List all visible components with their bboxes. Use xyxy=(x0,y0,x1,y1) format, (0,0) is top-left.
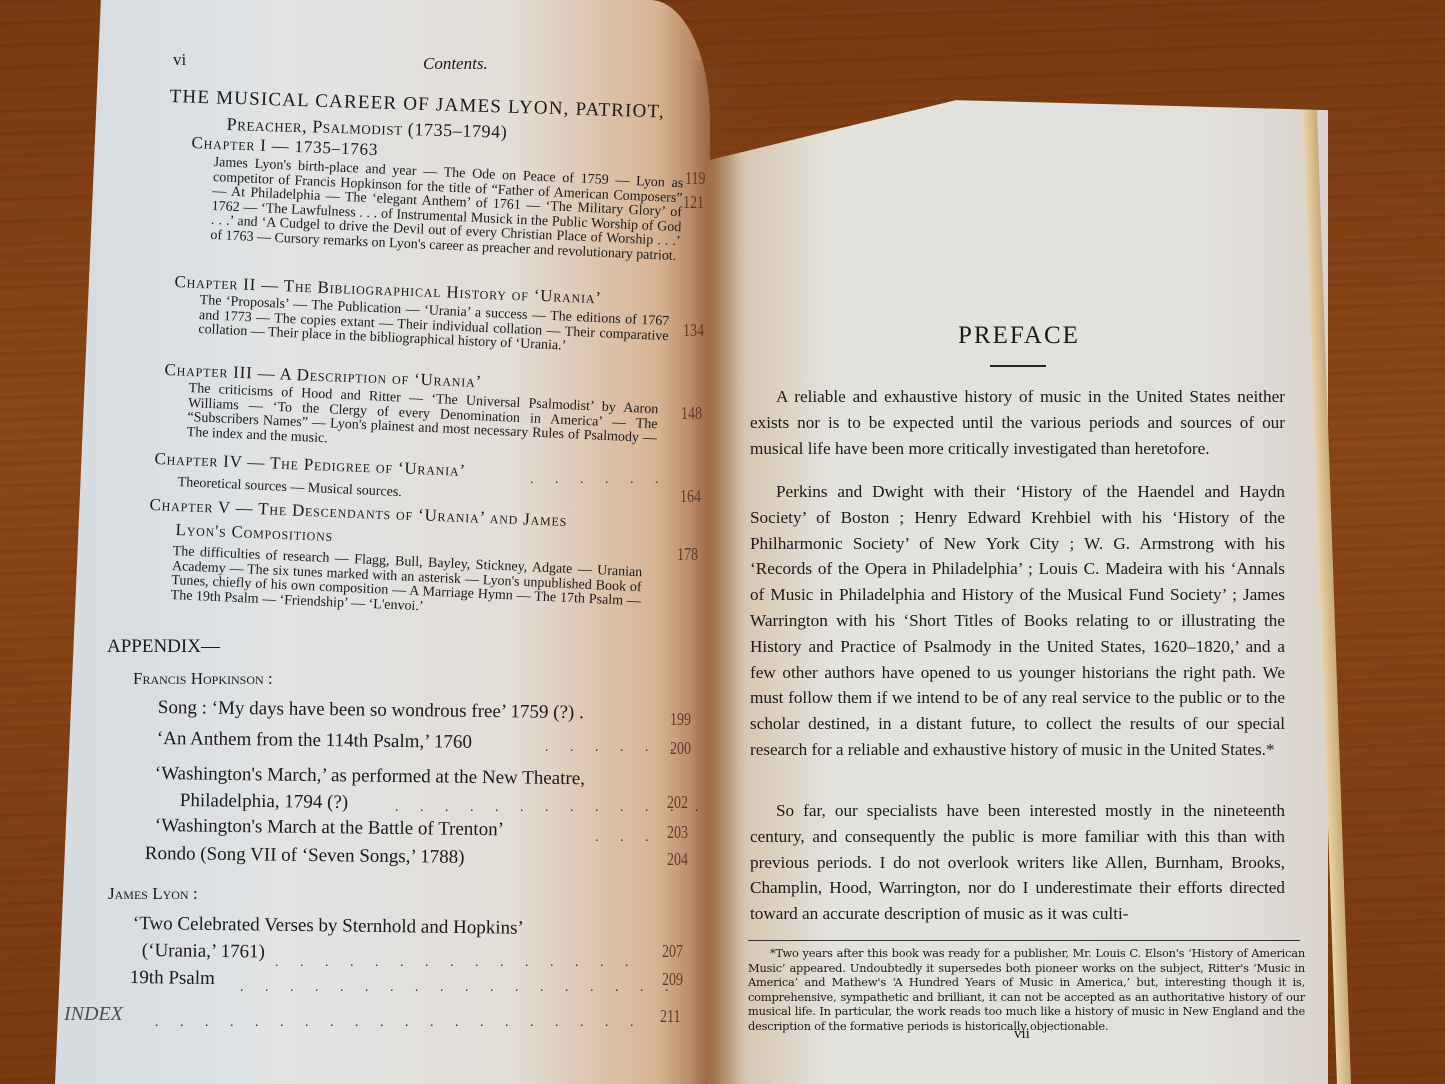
toc-leader-dots: . . . . . . . . . . . . . xyxy=(395,800,708,816)
heading-rule xyxy=(990,365,1046,367)
appendix-entry-cont: Philadelphia, 1794 (?) xyxy=(180,790,349,814)
appendix-entry: ‘Washington's March at the Battle of Tre… xyxy=(155,815,504,841)
appendix-section-lyon: James Lyon : xyxy=(108,884,198,904)
appendix-entry-page: 200 xyxy=(670,740,691,760)
toc-leader-dots: . . . . . . xyxy=(530,472,668,488)
index-heading: INDEX xyxy=(64,1003,123,1026)
toc-leader-dots: . . . . . . . . . . . . . . . . . . . . xyxy=(155,1015,643,1031)
toc-chapter-1-page: 119 xyxy=(685,170,705,190)
appendix-entry: 19th Psalm xyxy=(130,967,215,990)
appendix-heading: APPENDIX— xyxy=(107,636,220,658)
toc-leader-dots: . . . xyxy=(595,830,658,846)
toc-chapter-3-page: 148 xyxy=(681,405,702,425)
toc-chapter-4-page: 164 xyxy=(680,488,701,508)
toc-leader-dots: . . . . . . . . . . . . . . . xyxy=(275,955,638,971)
toc-chapter-5-page: 178 xyxy=(677,546,698,566)
toc-chapter-2-page: 134 xyxy=(683,322,704,342)
appendix-entry-cont: (‘Urania,’ 1761) xyxy=(142,940,265,964)
preface-paragraph-1: A reliable and exhaustive history of mus… xyxy=(750,384,1285,461)
index-page: 211 xyxy=(660,1008,680,1028)
appendix-entry-page: 203 xyxy=(667,824,688,844)
footnote-rule xyxy=(748,940,1300,941)
appendix-entry: Rondo (Song VII of ‘Seven Songs,’ 1788) xyxy=(145,843,465,869)
appendix-entry-page: 202 xyxy=(667,794,688,814)
preface-footnote: *Two years after this book was ready for… xyxy=(748,946,1305,1034)
appendix-entry-page: 199 xyxy=(670,711,691,731)
left-page-number: vi xyxy=(173,50,186,70)
appendix-entry-page: 207 xyxy=(662,943,683,963)
appendix-entry-page: 204 xyxy=(667,851,688,871)
toc-leader-dots: . . . . . . . . . . . . . . . . . . xyxy=(240,980,678,996)
preface-paragraph-3: So far, our specialists have been intere… xyxy=(750,798,1285,927)
preface-paragraph-2: Perkins and Dwight with their ‘History o… xyxy=(750,479,1285,763)
appendix-section-hopkinson: Francis Hopkinson : xyxy=(133,669,273,689)
running-head: Contents. xyxy=(423,54,488,74)
preface-heading: PREFACE xyxy=(958,322,1080,350)
appendix-entry: ‘An Anthem from the 114th Psalm,’ 1760 xyxy=(157,728,472,754)
toc-leader-dots: . . . . . . xyxy=(545,740,683,756)
appendix-entry-page: 209 xyxy=(662,971,683,991)
toc-chapter-1-page-alt: 121 xyxy=(683,194,704,214)
right-page-number: vii xyxy=(1014,1026,1030,1043)
